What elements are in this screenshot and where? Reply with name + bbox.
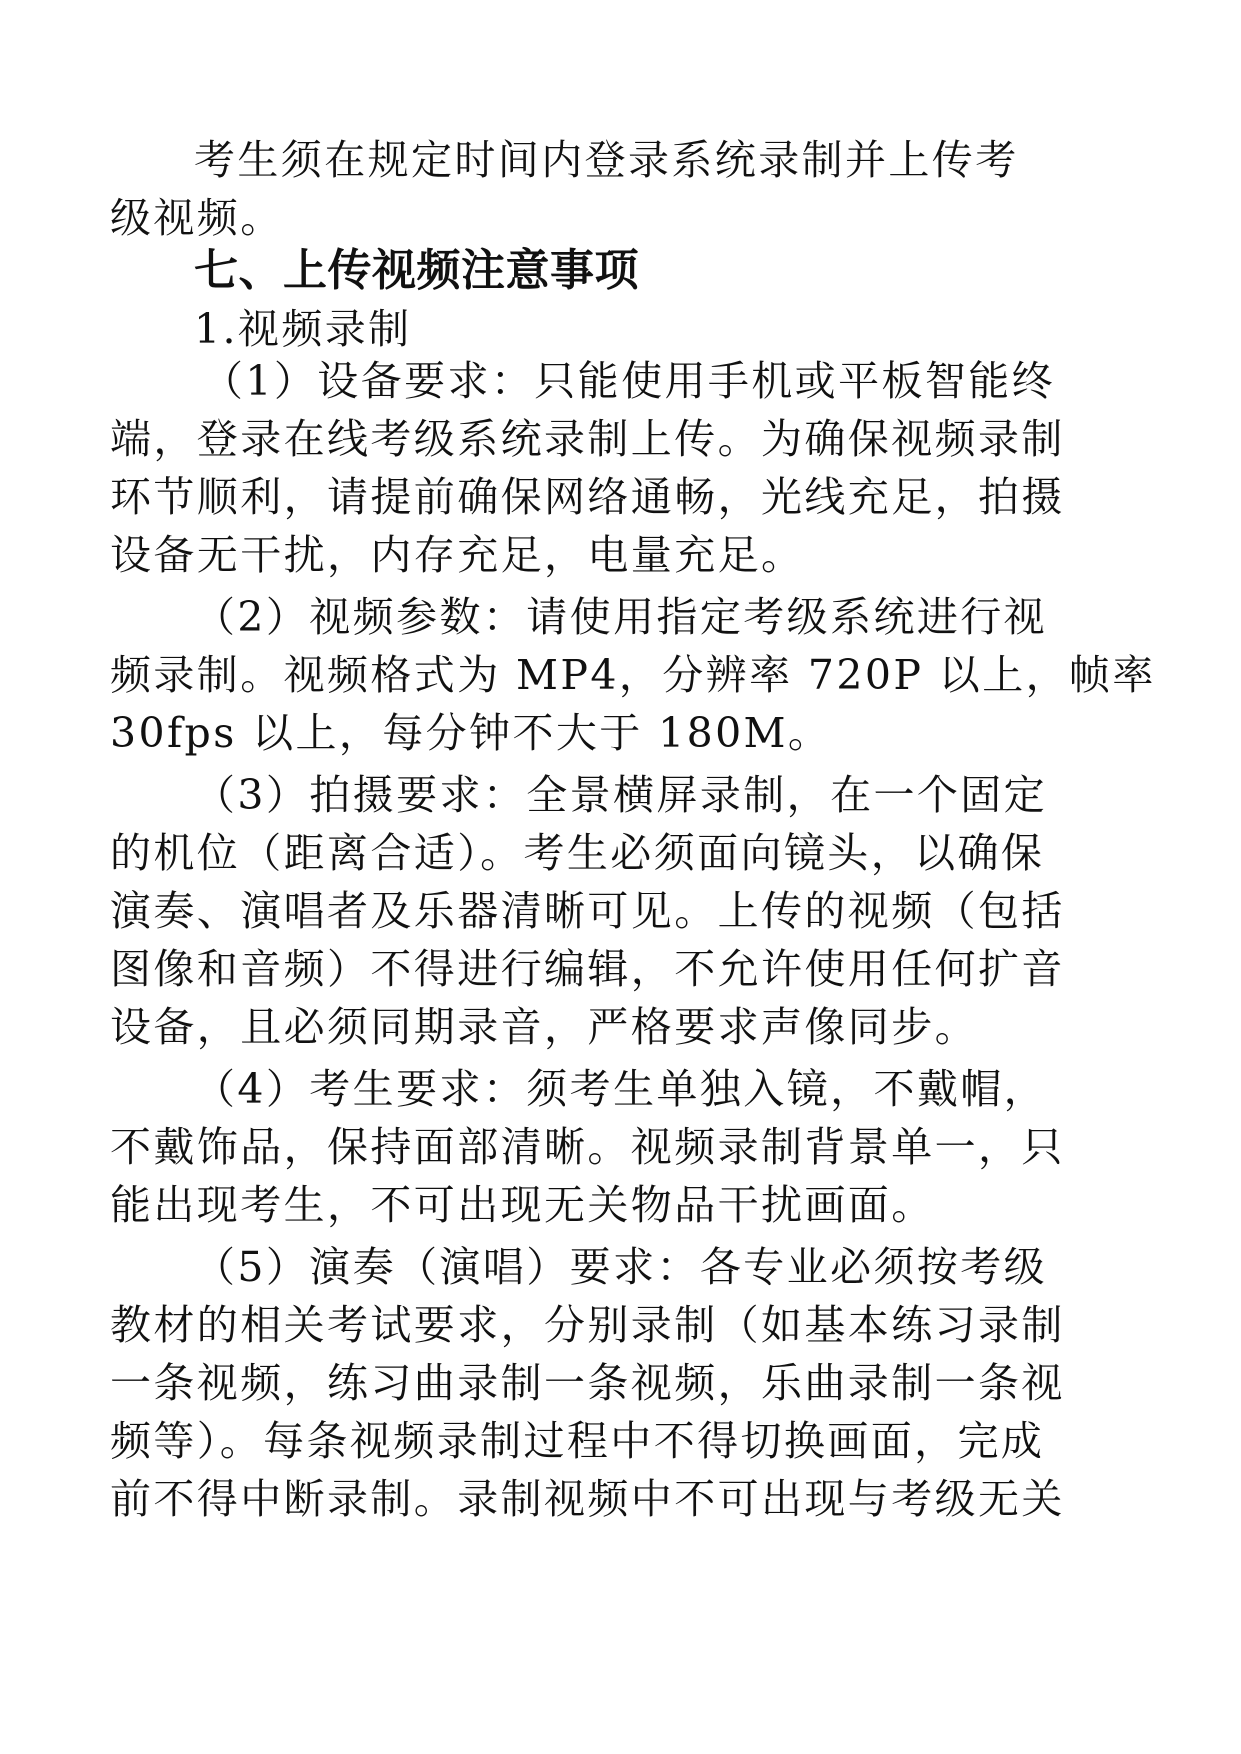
paragraph-line: （5）演奏（演唱）要求：各专业必须按考级 <box>194 1238 1047 1296</box>
subsection-heading: 1.视频录制 <box>194 300 412 358</box>
paragraph-line: （1）设备要求：只能使用手机或平板智能终 <box>202 352 1055 410</box>
paragraph-line: 一条视频，练习曲录制一条视频，乐曲录制一条视 <box>110 1354 1065 1412</box>
paragraph-line: 的机位（距离合适）。考生必须面向镜头，以确保 <box>110 824 1044 882</box>
paragraph-line: 能出现考生，不可出现无关物品干扰画面。 <box>110 1176 935 1234</box>
paragraph-line: （3）拍摄要求：全景横屏录制，在一个固定 <box>194 766 1047 824</box>
paragraph-line: 频录制。视频格式为 MP4，分辨率 720P 以上，帧率 <box>110 646 1156 704</box>
paragraph-line: 环节顺利，请提前确保网络通畅，光线充足，拍摄 <box>110 468 1065 526</box>
paragraph-line: 图像和音频）不得进行编辑，不允许使用任何扩音 <box>110 940 1065 998</box>
section-heading: 七、上传视频注意事项 <box>194 240 639 302</box>
paragraph-line: 设备无干扰，内存充足，电量充足。 <box>110 526 804 584</box>
paragraph-line: 级视频。 <box>110 189 284 247</box>
paragraph-line: 教材的相关考试要求，分别录制（如基本练习录制 <box>110 1296 1065 1354</box>
paragraph-line: 不戴饰品，保持面部清晰。视频录制背景单一，只 <box>110 1118 1065 1176</box>
paragraph-line: 前不得中断录制。录制视频中不可出现与考级无关 <box>110 1470 1065 1528</box>
paragraph-line: 30fps 以上，每分钟不大于 180M。 <box>110 704 831 762</box>
paragraph-line: 演奏、演唱者及乐器清晰可见。上传的视频（包括 <box>110 882 1065 940</box>
paragraph-line: （2）视频参数：请使用指定考级系统进行视 <box>194 588 1047 646</box>
paragraph-line: （4）考生要求：须考生单独入镜，不戴帽， <box>194 1060 1047 1118</box>
paragraph-line: 端，登录在线考级系统录制上传。为确保视频录制 <box>110 410 1065 468</box>
paragraph-line: 频等）。每条视频录制过程中不得切换画面，完成 <box>110 1412 1044 1470</box>
paragraph-line: 考生须在规定时间内登录系统录制并上传考 <box>194 131 1019 189</box>
paragraph-line: 设备，且必须同期录音，严格要求声像同步。 <box>110 998 978 1056</box>
